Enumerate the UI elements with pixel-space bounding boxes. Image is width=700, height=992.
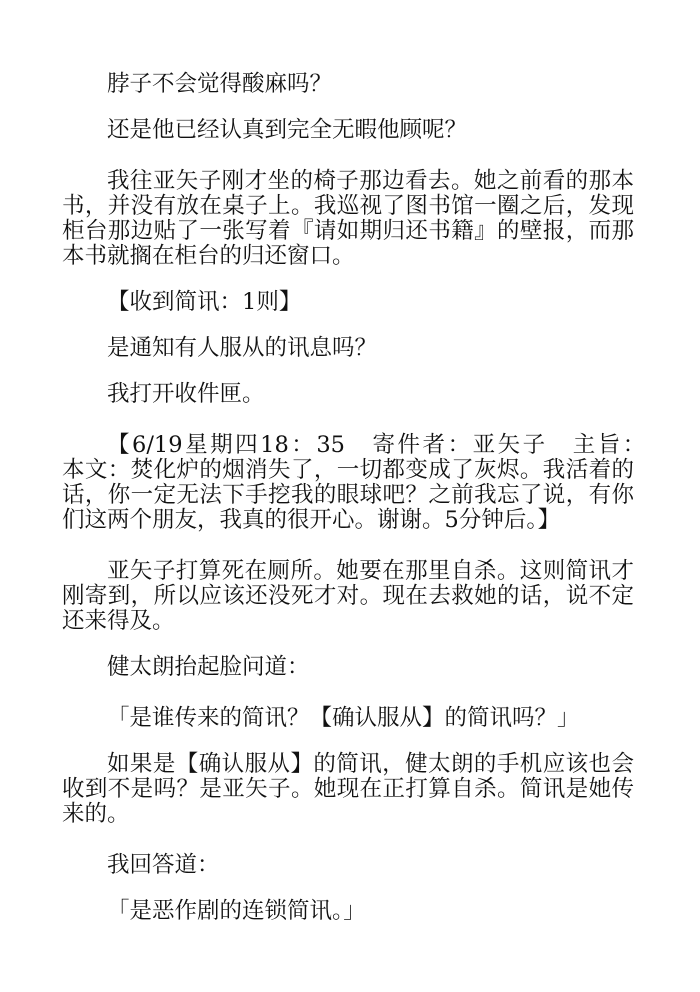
sms-notification-text: 【收到简讯：1则】 — [62, 290, 634, 315]
paragraph: 是通知有人服从的讯息吗？ — [62, 336, 634, 361]
paragraph: 脖子不会觉得酸麻吗？ — [62, 72, 634, 97]
paragraph: 我回答道： — [62, 853, 634, 878]
paragraph: 我往亚矢子刚才坐的椅子那边看去。她之前看的那本书，并没有放在桌子上。我巡视了图书… — [62, 169, 634, 269]
sms-message-text: 【6/19星期四18：35 寄件者：亚矢子 主旨： 本文：焚化炉的烟消失了，一切… — [62, 433, 634, 533]
paragraph: 健太朗抬起脸问道： — [62, 655, 634, 680]
paragraph: 还是他已经认真到完全无暇他顾呢？ — [62, 118, 634, 143]
paragraph: 我打开收件匣。 — [62, 382, 634, 407]
paragraph: 亚矢子打算死在厕所。她要在那里自杀。这则简讯才刚寄到，所以应该还没死才对。现在去… — [62, 559, 634, 634]
document-page: 脖子不会觉得酸麻吗？ 还是他已经认真到完全无暇他顾呢？ 我往亚矢子刚才坐的椅子那… — [62, 72, 634, 945]
dialogue-line: 「是恶作剧的连锁简讯。」 — [62, 899, 634, 924]
dialogue-line: 「是谁传来的简讯？【确认服从】的简讯吗？」 — [62, 706, 634, 731]
paragraph: 如果是【确认服从】的简讯，健太朗的手机应该也会收到不是吗？是亚矢子。她现在正打算… — [62, 752, 634, 827]
